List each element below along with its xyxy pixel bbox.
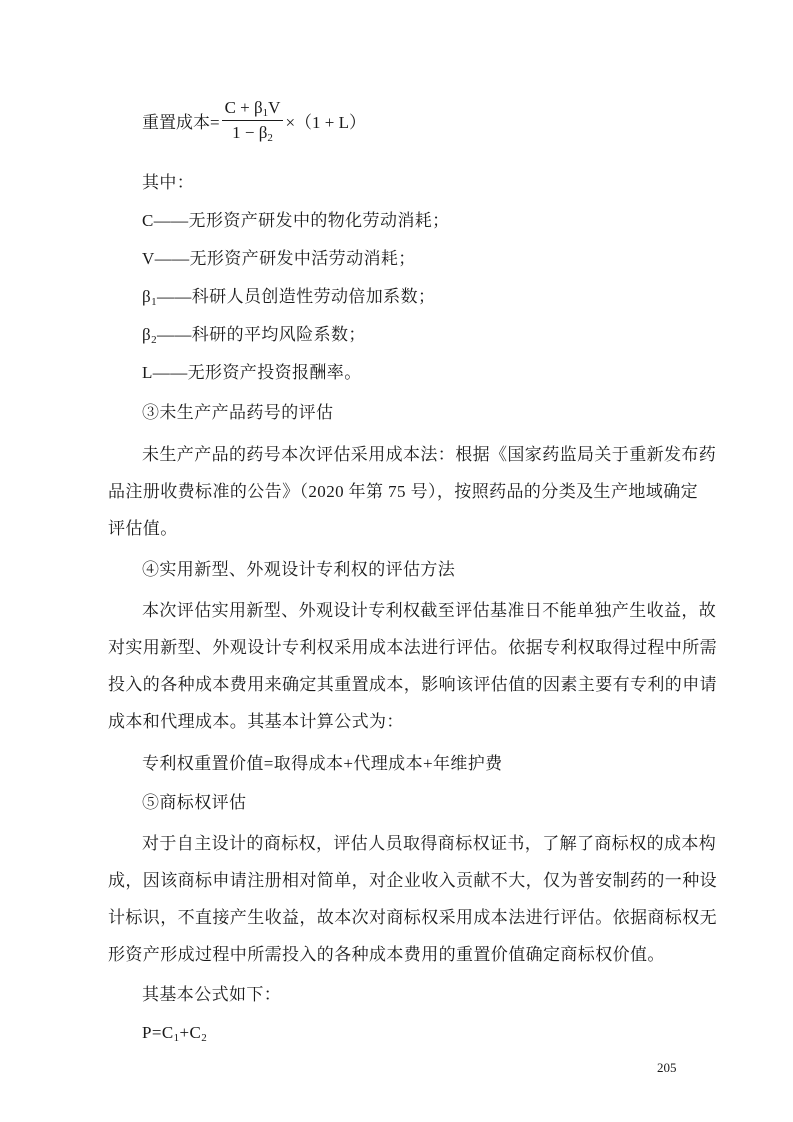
section3-heading: ③未生产产品药号的评估 bbox=[142, 403, 732, 423]
section5-para-line: 形资产形成过程中所需投入的各种成本费用的重置价值确定商标权价值。 bbox=[108, 945, 698, 965]
formula-denominator: 1 − β2 bbox=[229, 121, 276, 143]
formula-lhs: 重置成本= bbox=[142, 108, 220, 133]
denominator-sub: 2 bbox=[267, 132, 273, 144]
section4-para-line: 投入的各种成本费用来确定其重置成本，影响该评估值的因素主要有专利的申请 bbox=[108, 675, 698, 695]
def-symbol: C bbox=[142, 211, 154, 230]
def-symbol: V bbox=[142, 249, 155, 268]
section5-heading: ⑤商标权评估 bbox=[142, 793, 732, 813]
section5-para-line: 成，因该商标申请注册相对简单，对企业收入贡献不大，仅为普安制药的一种设 bbox=[108, 871, 698, 891]
numerator-c: C + β bbox=[225, 98, 263, 117]
formula-plus: +C bbox=[180, 1023, 202, 1042]
page-number: 205 bbox=[657, 1060, 677, 1076]
formula-rhs: ×（1 + L） bbox=[285, 108, 366, 133]
def-text: ——科研人员创造性劳动倍加系数； bbox=[157, 287, 435, 306]
document-page: 重置成本= C + β1V 1 − β2 ×（1 + L） 其中： C——无形资… bbox=[0, 0, 793, 1122]
definition-c: C——无形资产研发中的物化劳动消耗； bbox=[142, 211, 732, 231]
section5-para-line: 计标识，不直接产生收益，故本次对商标权采用成本法进行评估。依据商标权无 bbox=[108, 908, 698, 928]
section4-heading: ④实用新型、外观设计专利权的评估方法 bbox=[142, 560, 732, 580]
trademark-formula: P=C1+C2 bbox=[142, 1023, 732, 1043]
definition-beta1: β1——科研人员创造性劳动倍加系数； bbox=[142, 287, 732, 307]
section4-para-line: 对实用新型、外观设计专利权采用成本法进行评估。依据专利权取得过程中所需 bbox=[108, 638, 698, 658]
section4-para-line: 本次评估实用新型、外观设计专利权截至评估基准日不能单独产生收益，故 bbox=[142, 601, 695, 621]
section3-para-line: 未生产产品的药号本次评估采用成本法：根据《国家药监局关于重新发布药 bbox=[142, 445, 695, 465]
patent-formula: 专利权重置价值=取得成本+代理成本+年维护费 bbox=[142, 754, 732, 774]
def-symbol: β bbox=[142, 287, 151, 306]
definition-v: V——无形资产研发中活劳动消耗； bbox=[142, 249, 732, 269]
def-text: ——科研的平均风险系数； bbox=[157, 325, 366, 344]
numerator-v: V bbox=[268, 98, 280, 117]
formula-sub2: 2 bbox=[201, 1032, 207, 1044]
denominator-pre: 1 − β bbox=[232, 123, 267, 142]
formula-p: P=C bbox=[142, 1023, 174, 1042]
formula-numerator: C + β1V bbox=[222, 98, 284, 121]
where-label: 其中： bbox=[142, 173, 732, 193]
section4-para-line: 成本和代理成本。其基本计算公式为： bbox=[108, 712, 698, 732]
def-symbol: L bbox=[142, 363, 153, 382]
section5-para-line: 对于自主设计的商标权，评估人员取得商标权证书，了解了商标权的成本构 bbox=[142, 834, 695, 854]
definition-l: L——无形资产投资报酬率。 bbox=[142, 363, 732, 383]
def-text: ——无形资产研发中活劳动消耗； bbox=[155, 249, 416, 268]
section3-para-line: 评估值。 bbox=[108, 519, 698, 539]
def-text: ——无形资产投资报酬率。 bbox=[153, 363, 362, 382]
section5-formula-intro: 其基本公式如下： bbox=[142, 985, 732, 1005]
section3-para-line: 品注册收费标准的公告》（2020 年第 75 号），按照药品的分类及生产地域确定 bbox=[108, 482, 698, 502]
def-symbol: β bbox=[142, 325, 151, 344]
definition-beta2: β2——科研的平均风险系数； bbox=[142, 325, 732, 345]
def-text: ——无形资产研发中的物化劳动消耗； bbox=[154, 211, 450, 230]
formula-fraction: C + β1V 1 − β2 bbox=[222, 98, 284, 143]
replacement-cost-formula: 重置成本= C + β1V 1 − β2 ×（1 + L） bbox=[142, 92, 366, 148]
